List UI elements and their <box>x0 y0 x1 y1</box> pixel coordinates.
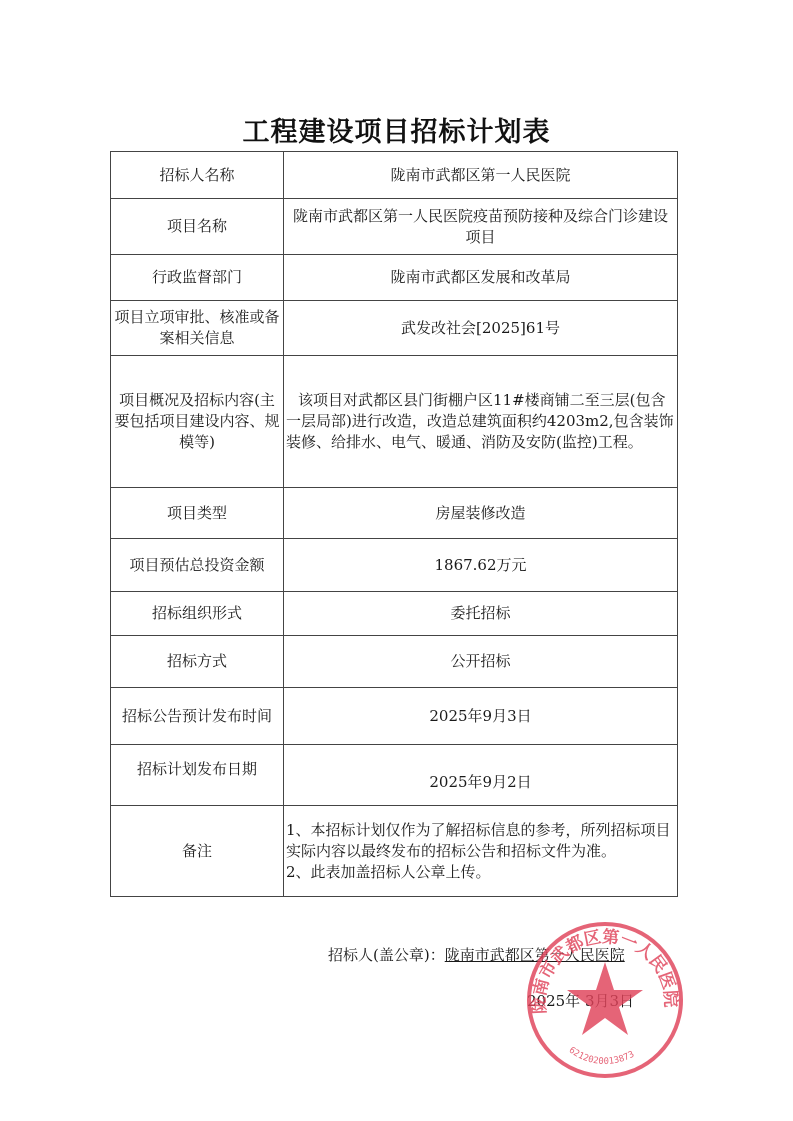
row-label: 招标人名称 <box>111 152 284 199</box>
row-value: 2025年9月2日 <box>284 745 678 806</box>
signature-organization: 陇南市武都区第一人民医院 <box>445 946 625 964</box>
signature-date: 2025年 3月3日 <box>527 990 634 1011</box>
row-label: 招标组织形式 <box>111 592 284 636</box>
table-row-remarks: 备注 1、本招标计划仅作为了解招标信息的参考，所列招标项目实际内容以最终发布的招… <box>111 806 678 897</box>
row-label: 项目类型 <box>111 488 284 539</box>
table-row-announcement-date: 招标公告预计发布时间 2025年9月3日 <box>111 688 678 745</box>
page-title: 工程建设项目招标计划表 <box>0 110 793 149</box>
row-value: 陇南市武都区第一人民医院 <box>284 152 678 199</box>
table-row-project-name: 项目名称 陇南市武都区第一人民医院疫苗预防接种及综合门诊建设项目 <box>111 199 678 255</box>
row-value: 委托招标 <box>284 592 678 636</box>
svg-text:6212020013873: 6212020013873 <box>567 1045 636 1067</box>
row-value: 武发改社会[2025]61号 <box>284 301 678 356</box>
row-value: 该项目对武都区县门街棚户区11#楼商铺二至三层(包含一层局部)进行改造，改造总建… <box>284 356 678 488</box>
table-row-project-type: 项目类型 房屋装修改造 <box>111 488 678 539</box>
table-row-organization-form: 招标组织形式 委托招标 <box>111 592 678 636</box>
table-row-investment: 项目预估总投资金额 1867.62万元 <box>111 539 678 592</box>
row-value: 陇南市武都区第一人民医院疫苗预防接种及综合门诊建设项目 <box>284 199 678 255</box>
table-row-bidder: 招标人名称 陇南市武都区第一人民医院 <box>111 152 678 199</box>
table-row-bidding-method: 招标方式 公开招标 <box>111 636 678 688</box>
seal-code: 6212020013873 <box>567 1045 636 1067</box>
row-label: 行政监督部门 <box>111 255 284 301</box>
row-value: 公开招标 <box>284 636 678 688</box>
bidding-plan-table: 招标人名称 陇南市武都区第一人民医院 项目名称 陇南市武都区第一人民医院疫苗预防… <box>110 151 678 897</box>
overview-text: 该项目对武都区县门街棚户区11#楼商铺二至三层(包含一层局部)进行改造，改造总建… <box>286 391 674 451</box>
row-value: 陇南市武都区发展和改革局 <box>284 255 678 301</box>
table-row-approval-info: 项目立项审批、核准或备案相关信息 武发改社会[2025]61号 <box>111 301 678 356</box>
row-value: 1、本招标计划仅作为了解招标信息的参考，所列招标项目实际内容以最终发布的招标公告… <box>284 806 678 897</box>
table-row-plan-date: 招标计划发布日期 2025年9月2日 <box>111 745 678 806</box>
note-item: 2、此表加盖招标人公章上传。 <box>286 862 675 883</box>
signature-label: 招标人(盖公章)： <box>328 946 445 964</box>
row-label: 项目预估总投资金额 <box>111 539 284 592</box>
signature-line: 招标人(盖公章)：陇南市武都区第一人民医院 <box>328 944 625 965</box>
row-label: 招标公告预计发布时间 <box>111 688 284 745</box>
row-label: 项目立项审批、核准或备案相关信息 <box>111 301 284 356</box>
row-value: 2025年9月3日 <box>284 688 678 745</box>
row-label: 招标计划发布日期 <box>111 745 284 806</box>
note-item: 1、本招标计划仅作为了解招标信息的参考，所列招标项目实际内容以最终发布的招标公告… <box>286 820 675 862</box>
row-label: 项目概况及招标内容(主要包括项目建设内容、规模等) <box>111 356 284 488</box>
row-value: 房屋装修改造 <box>284 488 678 539</box>
row-label: 项目名称 <box>111 199 284 255</box>
row-label: 招标方式 <box>111 636 284 688</box>
table-row-supervisor: 行政监督部门 陇南市武都区发展和改革局 <box>111 255 678 301</box>
row-value: 1867.62万元 <box>284 539 678 592</box>
table-row-overview: 项目概况及招标内容(主要包括项目建设内容、规模等) 该项目对武都区县门街棚户区1… <box>111 356 678 488</box>
row-label: 备注 <box>111 806 284 897</box>
